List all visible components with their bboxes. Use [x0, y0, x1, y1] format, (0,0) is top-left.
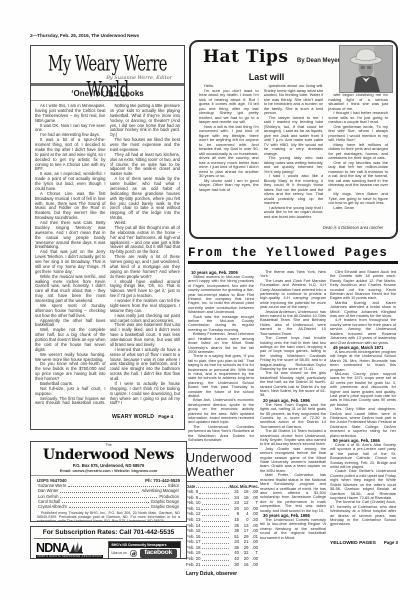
yellowed-column-2: The theme was ‘New York, New York.’The L…: [260, 270, 326, 588]
paragraph: questions about our living will. Shirley…: [264, 84, 324, 116]
paragraph: Jody Gradin was among the seniors recogn…: [260, 447, 326, 473]
ndna-sunburst-icon: [69, 542, 83, 554]
weather-report: Underwood Weather Date Max. Min. Prec. F…: [186, 448, 258, 577]
folio-line: 2—Thursday, Feb. 25, 2016, The Underwood…: [30, 33, 139, 38]
weather-observer: Larry Dziuk, observer: [186, 571, 258, 577]
paragraph: There are really a lot of these homes go…: [110, 255, 181, 279]
phone-number: Ph: 701-442-5525: [145, 478, 180, 483]
column-byline: By Dean Meyer: [297, 58, 340, 64]
staff-name: Crystal Albrecht: [38, 504, 67, 509]
paragraph: 4-H leaders from throughout the county w…: [330, 318, 396, 344]
paragraph: McLean County price support loans for th…: [330, 372, 396, 407]
paragraph: And then there was Cats. Betty Buckley s…: [35, 221, 106, 250]
newspaper-name: Underwood News: [31, 448, 186, 462]
facebook-logo: facebook: [140, 549, 177, 558]
continuation-label: YELLOWED PAGES: [330, 541, 376, 546]
paragraph: Many have left millions of dollars to th…: [328, 143, 388, 161]
paragraph: They all had at least two kitchens, plus…: [110, 153, 181, 177]
paragraph: My dogs, Vern Baker and Tyke, are going …: [328, 192, 388, 206]
weary-masthead-wrap: My Weary Werre World: [31, 50, 184, 74]
paragraph: I learned that I actually do have a sens…: [110, 348, 181, 382]
publication-fine-print: Published every Thursday by BHG, Inc., P…: [31, 509, 186, 522]
ndna-logo: NDNA NORTH DAKOTA NEWSPAPER ASSOCIATION: [36, 542, 103, 559]
paragraph: They put all this thought into all of th…: [110, 226, 181, 255]
hat-tips-column: Hat Tips By Dean Meyer Last will Hello.I…: [189, 40, 398, 239]
paragraph: We spent most of Sunday afternoon house …: [35, 304, 106, 319]
paragraph: The Comet boys had trouble holding onto …: [260, 336, 326, 371]
paragraph: A two-month kindergarten program will be…: [330, 350, 396, 372]
paragraph: Coach Dick Belisle’s Underwood Comets pu…: [330, 469, 396, 500]
newspaper-contact: Email: unews@westriv.com • Website: bhgn…: [31, 468, 186, 473]
paragraph: The two houses we liked the best were th…: [110, 138, 181, 153]
paragraph: I thought I had better research some wil…: [328, 111, 388, 125]
paragraph: While the musical was terrific, and walk…: [35, 275, 106, 304]
paragraph: The Lewis and Clark Fort Mandan Foundati…: [260, 279, 326, 310]
paragraph: Later, Dean: [328, 206, 388, 211]
column-masthead: My Weary Werre World: [31, 50, 184, 102]
paragraph: Clint Erhardt and Shawn Auck led the Com…: [330, 270, 396, 301]
paragraph: Do you know what one-fourth of the new b…: [35, 362, 106, 382]
paragraph: The All District 14 Team included a unan…: [260, 429, 326, 447]
continuation-page: Page 3: [384, 540, 398, 545]
paragraph: Well, maybe not the complete other half,…: [35, 328, 106, 352]
logo-row: NDNA NORTH DAKOTA NEWSPAPER ASSOCIATION …: [31, 539, 186, 560]
paragraph: If I were to actually be house shopping,…: [110, 382, 181, 404]
article-column-3: wife began chastising me for making ligh…: [328, 84, 388, 218]
subscription-heading: For Subscription Rates: Call 701-442-553…: [34, 527, 183, 539]
article-column-2: Nothing like putting a little pressure o…: [110, 104, 181, 404]
article-body: Hello.I’m sure you don’t want to hear ab…: [191, 84, 396, 218]
continuation-marker: YELLOWED PAGESPage 3: [330, 540, 398, 546]
yellowed-pages-section-title: From the Yellowed Pages: [188, 246, 398, 264]
thumbs-up-icon: [130, 550, 137, 557]
dotted-leader: [69, 507, 149, 508]
paragraph: There is a saying that goes, ‘If you fai…: [188, 354, 254, 398]
paragraph: Jessica Anderson, Underwood, has been na…: [260, 310, 326, 336]
staff-list: Suzanne WerreEditorDan WinterAdvertising…: [31, 483, 186, 509]
subscription-box: For Subscription Rates: Call 701-442-553…: [30, 526, 187, 559]
paragraph: I said I would also like a Bloody Mary i…: [264, 174, 324, 206]
paragraph: As I write this, I am in Minneapolis, ha…: [35, 104, 106, 124]
continuation-label: WEARY WORLD: [112, 414, 154, 420]
paragraph: Matt Potter, Coleharbor, has reached fin…: [260, 473, 326, 513]
like-us-label: Like us on: [112, 552, 127, 555]
paragraph: The Underwood Comedies performed as New …: [188, 425, 254, 443]
paragraph: Brittany Finneman, Jerad Lehmann and Hea…: [188, 332, 254, 354]
paragraph: Mrs. Gary Miller and daughters, DeAnn an…: [330, 407, 396, 438]
weather-title-line1: Underwood: [186, 452, 258, 466]
ndna-subtitle: NORTH DAKOTA NEWSPAPER ASSOCIATION: [36, 555, 103, 559]
paragraph: Seriously. The first four houses we went…: [35, 397, 106, 405]
paragraph: Circle 4 of St. Ann’s Altar Society will…: [330, 443, 396, 469]
paragraph: Martha Koenig and Karen Johannes attende…: [330, 301, 396, 319]
dotted-leader: [196, 487, 228, 488]
article-column-2: questions about our living will. Shirley…: [264, 84, 324, 218]
yellowed-column-1: 10 years ago, Feb. 2006Skilled workers i…: [188, 270, 254, 446]
paragraph: Nothing like putting a little pressure o…: [110, 104, 181, 138]
usps-number: USPS #647040: [37, 478, 67, 483]
paragraph: It was a bit of a spur-of-the-moment thi…: [35, 138, 106, 172]
paragraph: A Chorus Line was the first Broadway mus…: [35, 192, 106, 221]
newspaper-masthead-box: The Underwood News P.O. Box 575, Underwo…: [30, 441, 187, 522]
yellowed-column-3: Clint Erhardt and Shawn Auck led the Com…: [330, 270, 396, 534]
paragraph: The young lady who was taking notes was …: [264, 156, 324, 174]
paragraph: I advised the young lady that I would li…: [264, 206, 324, 218]
weary-werre-world-column: My Weary Werre World By Suzanne Werre, E…: [30, 45, 185, 430]
weather-table: Feb. 83118.00Feb. 93418.00Feb. 102312TFe…: [186, 489, 258, 567]
ndna-wordmark: NDNA: [36, 543, 69, 554]
paragraph: I wonder if the realtors can tell the si…: [110, 299, 181, 314]
continuation-page: Page 4: [158, 414, 173, 419]
paragraph: And that was just on the Jerry Lewis Tel…: [35, 250, 106, 274]
paragraph: Skilled workers in McLean County aren’t …: [188, 275, 254, 315]
paragraph: I’m sure you don’t want to hear about my…: [199, 89, 259, 125]
staff-role: Graphic Design: [151, 504, 179, 509]
weather-title-line2: Weather: [186, 466, 258, 482]
columnist-tagline: Dean is a Dickinson area rancher: [322, 226, 384, 231]
paragraph: The New Town Eagles shut the lights out,…: [260, 403, 326, 429]
paragraph: I should have walked around saying thing…: [110, 280, 181, 300]
bhg-facebook-block: BHG's ND Community Newspapers Like us on…: [108, 541, 181, 560]
paragraph: Such was the message brought before the …: [188, 315, 254, 333]
dotted-leader: [68, 486, 166, 487]
paragraph: A lot of them were made by the same buil…: [110, 177, 181, 221]
article-body: As I write this, I am in Minneapolis, ha…: [31, 101, 184, 407]
paragraph: The lawyer turned to me. I said I wanted…: [264, 116, 324, 157]
article-column-1: Hello.I’m sure you don’t want to hear ab…: [199, 84, 259, 218]
continuation-marker: WEARY WORLDPage 4: [112, 414, 173, 420]
paragraph: One of my favorites was the lady that le…: [328, 161, 388, 193]
fine-print-paragraph: Published every Thursday by BHG, Inc., P…: [37, 511, 180, 522]
paragraph: The Underwood Comets narrowly fell to tw…: [260, 518, 326, 540]
paragraph: One gentleman wrote, ‘To my first wife S…: [328, 125, 388, 143]
columnist-signature: ·········· Dean is a Dickinson area ranc…: [322, 221, 384, 231]
dotted-leader: [62, 502, 149, 503]
dotted-leader: [60, 497, 157, 498]
paragraph: wife began chastising me for making ligh…: [328, 93, 388, 111]
paragraph: There was one basement that Lisa and I r…: [110, 323, 181, 347]
paragraph: Brian Ash, Underwood’s economic developm…: [188, 398, 254, 424]
dean-meyer-photo: [339, 45, 393, 93]
newspaper-page: 2—Thursday, Feb. 25, 2016, The Underwood…: [0, 0, 400, 600]
weather-row: Feb. 213016.00: [186, 562, 258, 568]
article-headline: Last will: [191, 72, 342, 82]
paragraph: Now a will is the last thing I’m concern…: [199, 125, 259, 179]
paragraph: The funeral for Carl (Charlie) Auck, 67,…: [330, 500, 396, 526]
paragraph: My doctor said I am in good shape. Other…: [199, 179, 259, 193]
dotted-leader: [60, 492, 139, 493]
usps-phone-row: USPS #647040 Ph: 701-442-5525: [31, 475, 186, 483]
paragraph: It was, as I expected, wonderful. I made…: [35, 172, 106, 192]
article-column-1: As I write this, I am in Minneapolis, ha…: [35, 104, 106, 404]
paragraph: The lid was closed on the girls basketba…: [260, 371, 326, 397]
column-title: Hat Tips: [203, 47, 288, 67]
